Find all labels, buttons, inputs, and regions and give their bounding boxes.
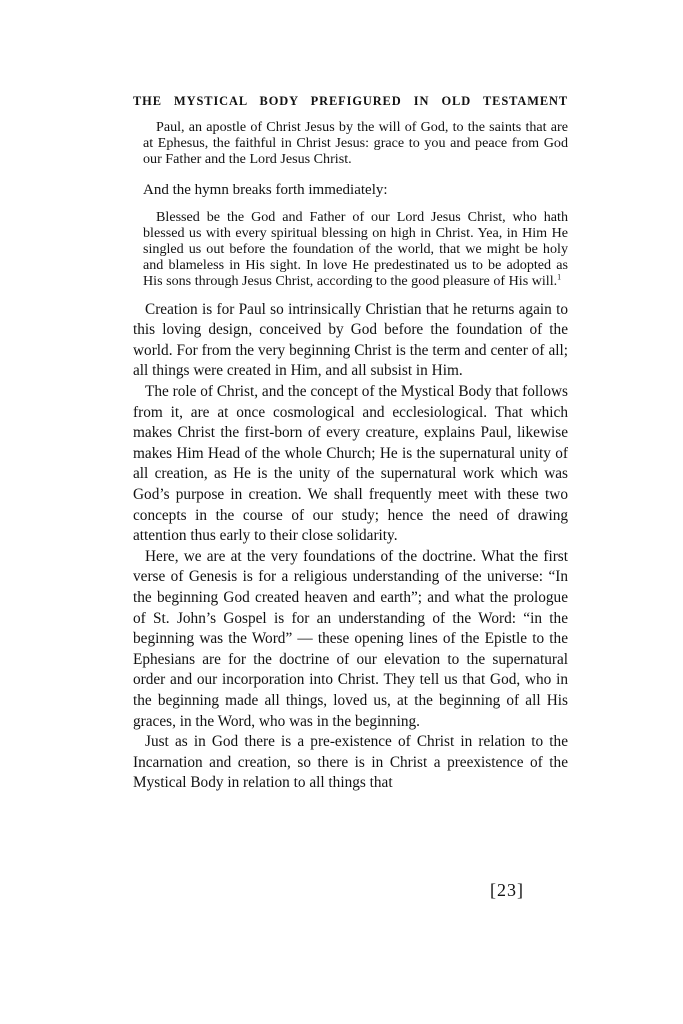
page-number: [23]	[490, 880, 524, 901]
book-page: THE MYSTICAL BODY PREFIGURED IN OLD TEST…	[133, 93, 568, 794]
paragraph: Creation is for Paul so intrinsically Ch…	[133, 300, 568, 382]
paragraph: Just as in God there is a pre-existence …	[133, 732, 568, 794]
paragraph: Here, we are at the very foundations of …	[133, 547, 568, 732]
block-quote-hymn: Blessed be the God and Father of our Lor…	[133, 209, 568, 290]
quote-body: Blessed be the God and Father of our Lor…	[143, 209, 568, 290]
body-text: Creation is for Paul so intrinsically Ch…	[133, 300, 568, 794]
quote-text: Paul, an apostle of Christ Jesus by the …	[143, 119, 568, 168]
running-head: THE MYSTICAL BODY PREFIGURED IN OLD TEST…	[133, 93, 568, 109]
lead-in-sentence: And the hymn breaks forth immediately:	[133, 180, 568, 200]
footnote-marker: 1	[557, 273, 561, 282]
block-quote-salutation: Paul, an apostle of Christ Jesus by the …	[133, 119, 568, 168]
quote-text: Blessed be the God and Father of our Lor…	[143, 209, 568, 290]
paragraph: The role of Christ, and the concept of t…	[133, 382, 568, 547]
